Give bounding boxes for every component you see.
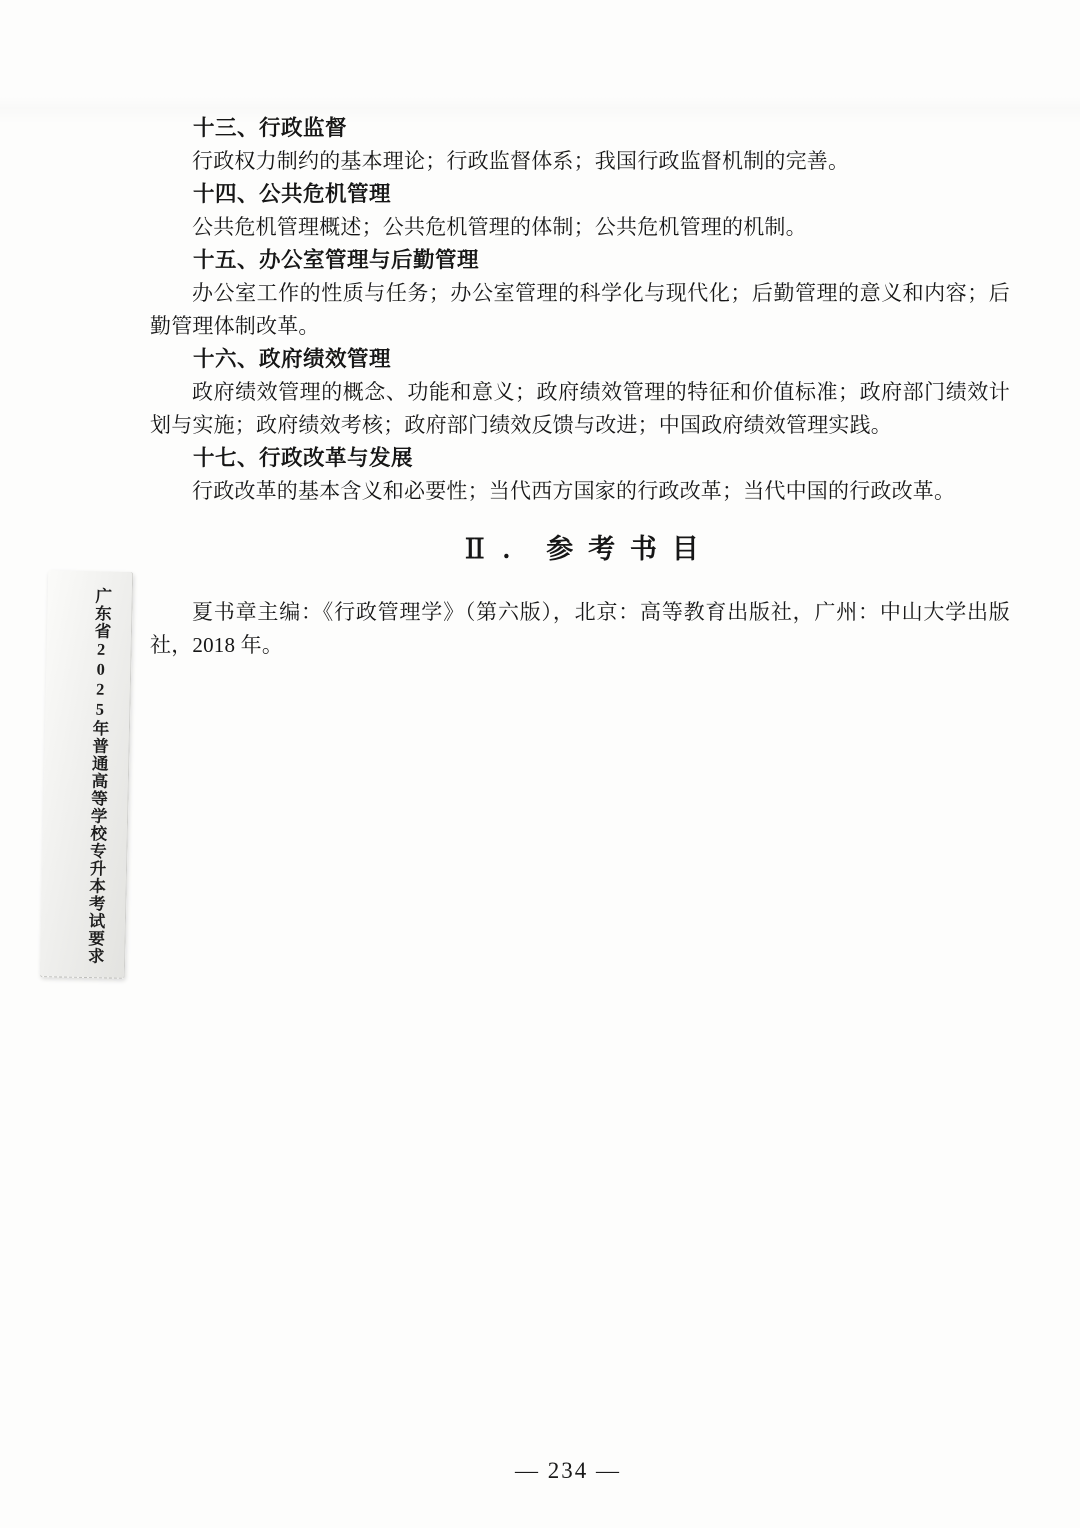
outline-body-13: 行政权力制约的基本理论；行政监督体系；我国行政监督机制的完善。 — [150, 145, 1010, 178]
outline-heading-13: 十三、行政监督 — [150, 112, 1010, 145]
outline-heading-15: 十五、办公室管理与后勤管理 — [150, 244, 1010, 277]
main-text-block: 十三、行政监督 行政权力制约的基本理论；行政监督体系；我国行政监督机制的完善。 … — [150, 112, 1010, 662]
outline-body-14: 公共危机管理概述；公共危机管理的体制；公共危机管理的机制。 — [150, 211, 1010, 244]
edge-index-tab-label: 广东省2025年普通高等学校专升本考试要求 — [82, 587, 114, 965]
outline-body-17: 行政改革的基本含义和必要性；当代西方国家的行政改革；当代中国的行政改革。 — [150, 475, 1010, 508]
edge-index-tab: 广东省2025年普通高等学校专升本考试要求 — [40, 570, 134, 979]
outline-body-15: 办公室工作的性质与任务；办公室管理的科学化与现代化；后勤管理的意义和内容；后勤管… — [150, 277, 1010, 343]
outline-body-16: 政府绩效管理的概念、功能和意义；政府绩效管理的特征和价值标准；政府部门绩效计划与… — [150, 376, 1010, 442]
reference-section-heading: Ⅱ. 参考书目 — [150, 529, 1010, 569]
page-number: — 234 — — [28, 1458, 1080, 1484]
outline-heading-16: 十六、政府绩效管理 — [150, 343, 1010, 376]
outline-heading-14: 十四、公共危机管理 — [150, 178, 1010, 211]
scanned-document-page: 十三、行政监督 行政权力制约的基本理论；行政监督体系；我国行政监督机制的完善。 … — [0, 0, 1080, 1528]
outline-heading-17: 十七、行政改革与发展 — [150, 442, 1010, 475]
reference-citation: 夏书章主编：《行政管理学》（第六版），北京：高等教育出版社，广州：中山大学出版社… — [150, 596, 1010, 662]
